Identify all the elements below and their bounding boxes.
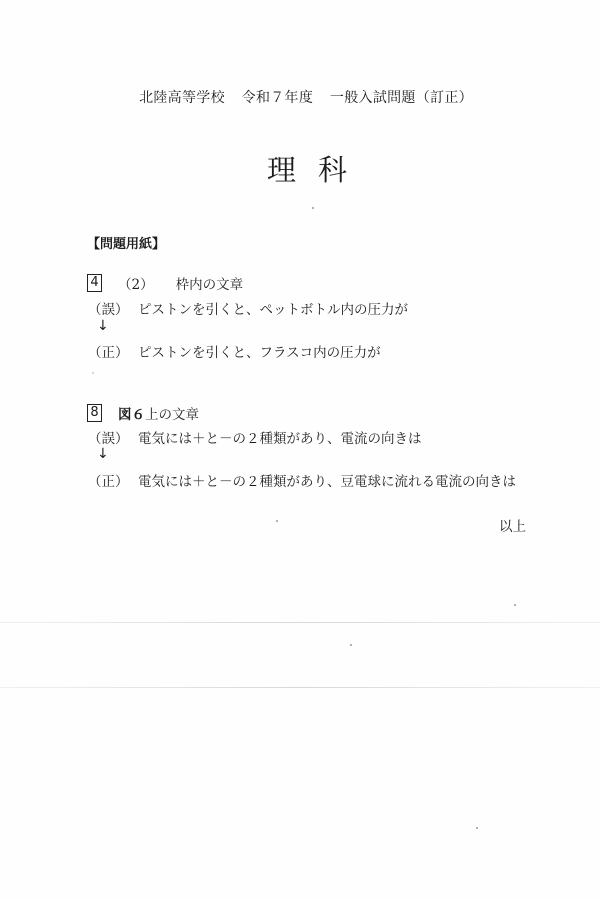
correct-line-q8: （正） 電気には＋と－の２種類があり、豆電球に流れる電流の向きは — [88, 470, 516, 490]
scan-speck — [276, 520, 278, 522]
wrong-line-q4: （誤） ピストンを引くと、ペットボトル内の圧力が — [88, 298, 408, 318]
scan-speck — [350, 644, 352, 646]
scan-speck — [514, 604, 516, 606]
scan-speck — [312, 207, 314, 209]
wrong-label: （誤） — [88, 298, 138, 318]
correct-text: ピストンを引くと、フラスコ内の圧力が — [138, 341, 381, 361]
scan-artifact-line — [0, 622, 600, 623]
correction-heading-q4: 4 （2） 枠内の文章 — [87, 273, 243, 293]
correction-target: 上の文章 — [145, 403, 199, 423]
down-arrow-icon: ↓ — [97, 318, 109, 334]
section-label: 【問題用紙】 — [87, 233, 165, 252]
wrong-text: 電気には＋と－の２種類があり、電流の向きは — [138, 427, 422, 447]
correct-line-q4: （正） ピストンを引くと、フラスコ内の圧力が — [88, 341, 381, 361]
correction-target: 枠内の文章 — [176, 273, 244, 293]
exam-year: 令和７年度 — [242, 90, 314, 106]
correct-label: （正） — [88, 341, 138, 361]
correction-heading-q8: 8 図６ 上の文章 — [87, 403, 199, 423]
document-header: 北陸高等学校 令和７年度 一般入試問題（訂正） — [0, 87, 600, 107]
sub-question: （2） — [118, 273, 154, 293]
document-page: 北陸高等学校 令和７年度 一般入試問題（訂正） 理科 【問題用紙】 4 （2） … — [0, 0, 600, 900]
subject-title: 理科 — [0, 148, 600, 189]
exam-title: 一般入試問題（訂正） — [330, 90, 473, 106]
down-arrow-icon: ↓ — [97, 446, 109, 462]
question-number-box: 8 — [87, 404, 102, 422]
wrong-text: ピストンを引くと、ペットボトル内の圧力が — [138, 298, 408, 318]
figure-reference: 図６ — [118, 403, 145, 423]
wrong-label: （誤） — [88, 427, 138, 447]
correct-label: （正） — [88, 470, 138, 490]
scan-artifact-line — [0, 687, 600, 688]
closing-mark: 以上 — [499, 515, 526, 535]
school-name: 北陸高等学校 — [139, 90, 225, 106]
scan-speck — [476, 827, 478, 829]
question-number-box: 4 — [87, 274, 102, 292]
wrong-line-q8: （誤） 電気には＋と－の２種類があり、電流の向きは — [88, 427, 422, 447]
correct-text: 電気には＋と－の２種類があり、豆電球に流れる電流の向きは — [138, 470, 516, 490]
scan-speck — [92, 372, 94, 374]
